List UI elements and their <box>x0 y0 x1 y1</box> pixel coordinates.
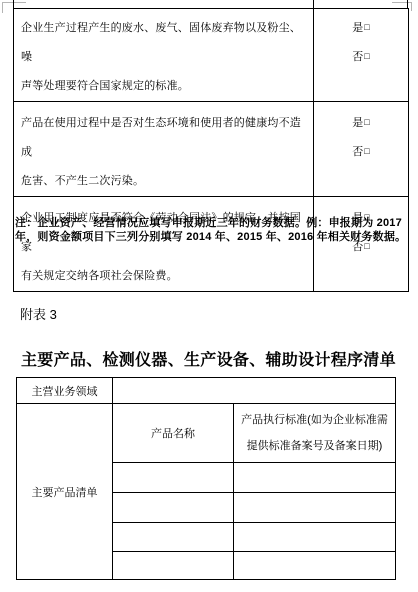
yes-checkbox[interactable]: 是□ <box>314 14 408 43</box>
page-edge-top-right-vertical <box>411 2 412 11</box>
checkbox-icon[interactable]: □ <box>364 42 369 71</box>
product-standard-cell[interactable] <box>234 463 396 493</box>
document-page: 企业生产过程产生的废水、废气、固体废弃物以及粉尘、噪 声等处理要符合国家规定的标… <box>0 0 418 592</box>
question-line: 有关规定交纳各项社会保险费。 <box>21 262 309 291</box>
table-row: 产品在使用过程中是否对生态环境和使用者的健康均不造成 危害、不产生二次污染。 是… <box>14 102 409 197</box>
product-name-cell[interactable] <box>113 523 234 552</box>
note-line: 注：企业资产、经营情况应填写申报期近三年的财务数据。例：申报期为 2017 <box>15 216 411 230</box>
checkbox-icon[interactable]: □ <box>364 137 369 166</box>
question-line: 声等处理要符合国家规定的标准。 <box>21 72 309 101</box>
no-checkbox[interactable]: 否□ <box>314 43 408 72</box>
table-row: 主营业务领域 <box>17 378 396 404</box>
business-area-value-cell[interactable] <box>113 378 396 404</box>
checklist-question: 产品在使用过程中是否对生态环境和使用者的健康均不造成 危害、不产生二次污染。 <box>14 102 314 197</box>
page-edge-top-left-vertical <box>2 2 3 13</box>
product-standard-cell[interactable] <box>234 523 396 552</box>
business-area-label: 主营业务领域 <box>17 378 113 404</box>
product-name-cell[interactable] <box>113 463 234 493</box>
question-line: 危害、不产生二次污染。 <box>21 167 309 196</box>
product-list-label: 主要产品清单 <box>17 404 113 580</box>
checkbox-icon[interactable]: □ <box>364 108 369 137</box>
question-line: 产品在使用过程中是否对生态环境和使用者的健康均不造成 <box>21 109 309 167</box>
no-checkbox[interactable]: 否□ <box>314 138 408 167</box>
note-line: 年，则资金额项目下三列分别填写 2014 年、2015 年、2016 年相关财务… <box>15 230 411 244</box>
table-row: 主要产品清单 产品名称 产品执行标准(如为企业标准需提供标准备案号及备案日期) <box>17 404 396 463</box>
checklist-question: 企业生产过程产生的废水、废气、固体废弃物以及粉尘、噪 声等处理要符合国家规定的标… <box>14 9 314 102</box>
appendix-label: 附表 3 <box>20 304 57 323</box>
column-header-product-name: 产品名称 <box>113 404 234 463</box>
table-row: 企业用工制度应是否符合《劳动合同法》的规定，并按国家 有关规定交纳各项社会保险费… <box>14 197 409 292</box>
product-name-cell[interactable] <box>113 552 234 580</box>
column-header-standard: 产品执行标准(如为企业标准需提供标准备案号及备案日期) <box>234 404 396 463</box>
checklist-question: 企业用工制度应是否符合《劳动合同法》的规定，并按国家 有关规定交纳各项社会保险费… <box>14 197 314 292</box>
note-paragraph: 注：企业资产、经营情况应填写申报期近三年的财务数据。例：申报期为 2017 年，… <box>15 216 411 244</box>
yes-checkbox[interactable]: 是□ <box>314 109 408 138</box>
table-row: 企业生产过程产生的废水、废气、固体废弃物以及粉尘、噪 声等处理要符合国家规定的标… <box>14 9 409 102</box>
product-name-cell[interactable] <box>113 493 234 523</box>
checkbox-icon[interactable]: □ <box>364 13 369 42</box>
checklist-options-cell: 是□ 否□ <box>314 9 409 102</box>
page-edge-top-right-horizontal <box>392 2 412 3</box>
product-standard-cell[interactable] <box>234 552 396 580</box>
product-standard-cell[interactable] <box>234 493 396 523</box>
checklist-options-cell: 是□ 否□ <box>314 197 409 292</box>
question-line: 企业生产过程产生的废水、废气、固体废弃物以及粉尘、噪 <box>21 14 309 72</box>
checklist-options-cell: 是□ 否□ <box>314 102 409 197</box>
page-title: 主要产品、检测仪器、生产设备、辅助设计程序清单 <box>21 347 401 370</box>
products-table: 主营业务领域 主要产品清单 产品名称 产品执行标准(如为企业标准需提供标准备案号… <box>16 377 396 580</box>
checklist-table: 企业生产过程产生的废水、废气、固体废弃物以及粉尘、噪 声等处理要符合国家规定的标… <box>13 8 409 292</box>
page-edge-top-left-horizontal <box>2 2 26 3</box>
